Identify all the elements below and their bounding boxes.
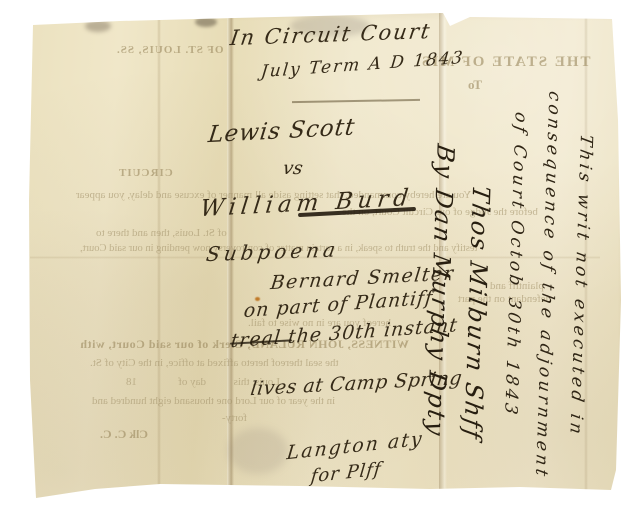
bleed-fragment: To [468,77,482,93]
fold-crease [157,0,161,525]
bleed-fragment: forty- [222,412,247,424]
handwriting-versus: vs [281,158,304,179]
term-underline [292,99,420,103]
document-paper: OF ST. LOUIS, SS. THE STATE OF MIS To CI… [0,0,640,525]
stain [228,428,288,474]
sheriff-return-note: This writ not executed in consequence of… [411,128,596,480]
bleed-fragment: the seal thereof hereto affixed at offic… [90,357,339,369]
bleed-fragment: of St. Louis, then and there to [96,227,227,239]
stain [195,17,217,27]
bleed-fragment: OF ST. LOUIS, SS. [116,44,223,56]
bleed-fragment: Clk C. C. [100,427,148,442]
handwriting-court-line: In Circuit Court [229,19,433,50]
stain [85,20,111,32]
handwriting-doc-type: Subpoena [205,237,341,266]
handwriting-term-line: July Term A D 1843 [260,48,466,82]
handwriting-attorney-for-plff: for Plff [310,459,383,488]
handwriting-attorney-signature: Langton aty [286,428,425,465]
bleed-fragment: CIRCUIT [118,167,173,179]
scan-background: OF ST. LOUIS, SS. THE STATE OF MIS To CI… [0,0,640,525]
